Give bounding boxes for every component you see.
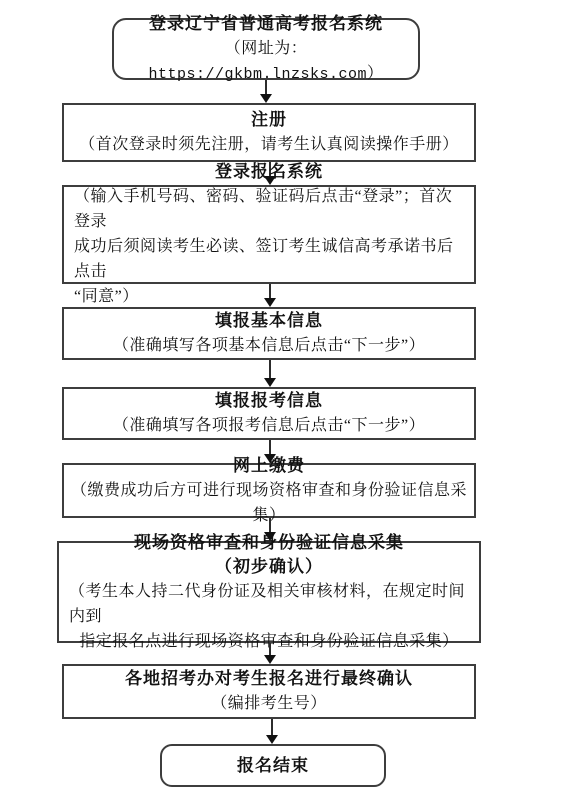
node-title: 网上缴费	[233, 454, 305, 478]
node-title: 报名结束	[237, 754, 309, 778]
flow-arrow-down-icon	[264, 360, 276, 387]
flowchart-canvas: 登录辽宁省普通高考报名系统 （网址为：https://gkbm.lnzsks.c…	[0, 0, 561, 812]
flow-node-onsite-verification: 现场资格审查和身份验证信息采集 （初步确认） （考生本人持二代身份证及相关审核材…	[57, 541, 481, 643]
url-suffix-text: ）	[367, 65, 384, 82]
flow-node-final-confirmation: 各地招考办对考生报名进行最终确认 （编排考生号）	[62, 664, 476, 719]
node-title: 现场资格审查和身份验证信息采集	[134, 531, 404, 555]
flow-node-end: 报名结束	[160, 744, 386, 787]
node-description: （准确填写各项基本信息后点击“下一步”）	[113, 333, 425, 358]
node-description-line: 成功后须阅读考生必读、签订考生诚信高考承诺书后点击	[74, 234, 464, 284]
flow-node-fill-basic-info: 填报基本信息 （准确填写各项基本信息后点击“下一步”）	[62, 307, 476, 360]
node-title: 填报报考信息	[215, 389, 323, 413]
node-subtitle: （网址为：https://gkbm.lnzsks.com）	[114, 36, 418, 87]
node-title: 登录辽宁省普通高考报名系统	[149, 12, 383, 36]
portal-url-text: https://gkbm.lnzsks.com	[148, 66, 367, 83]
node-title: 注册	[251, 108, 287, 132]
flow-node-fill-exam-info: 填报报考信息 （准确填写各项报考信息后点击“下一步”）	[62, 387, 476, 440]
url-prefix-text: （网址为：	[225, 40, 308, 57]
node-description: （编排考生号）	[211, 691, 327, 716]
flow-node-register: 注册 （首次登录时须先注册，请考生认真阅读操作手册）	[62, 103, 476, 162]
node-description-line: （考生本人持二代身份证及相关审核材料，在规定时间内到	[69, 579, 469, 629]
flow-node-login-portal: 登录辽宁省普通高考报名系统 （网址为：https://gkbm.lnzsks.c…	[112, 18, 420, 80]
flow-arrow-down-icon	[260, 80, 272, 103]
node-description: （首次登录时须先注册，请考生认真阅读操作手册）	[79, 132, 459, 157]
flow-arrow-down-icon	[266, 719, 278, 744]
node-title: 登录报名系统	[215, 160, 323, 184]
node-subtitle: （初步确认）	[215, 555, 323, 579]
flow-node-online-payment: 网上缴费 （缴费成功后方可进行现场资格审查和身份验证信息采集）	[62, 463, 476, 518]
node-description: （准确填写各项报考信息后点击“下一步”）	[113, 413, 425, 438]
node-description-line: （输入手机号码、密码、验证码后点击“登录”；首次登录	[74, 184, 464, 234]
flow-arrow-down-icon	[264, 643, 276, 664]
node-title: 各地招考办对考生报名进行最终确认	[125, 667, 413, 691]
flow-arrow-down-icon	[264, 284, 276, 307]
node-title: 填报基本信息	[215, 309, 323, 333]
flow-node-login-system: 登录报名系统 （输入手机号码、密码、验证码后点击“登录”；首次登录 成功后须阅读…	[62, 185, 476, 284]
